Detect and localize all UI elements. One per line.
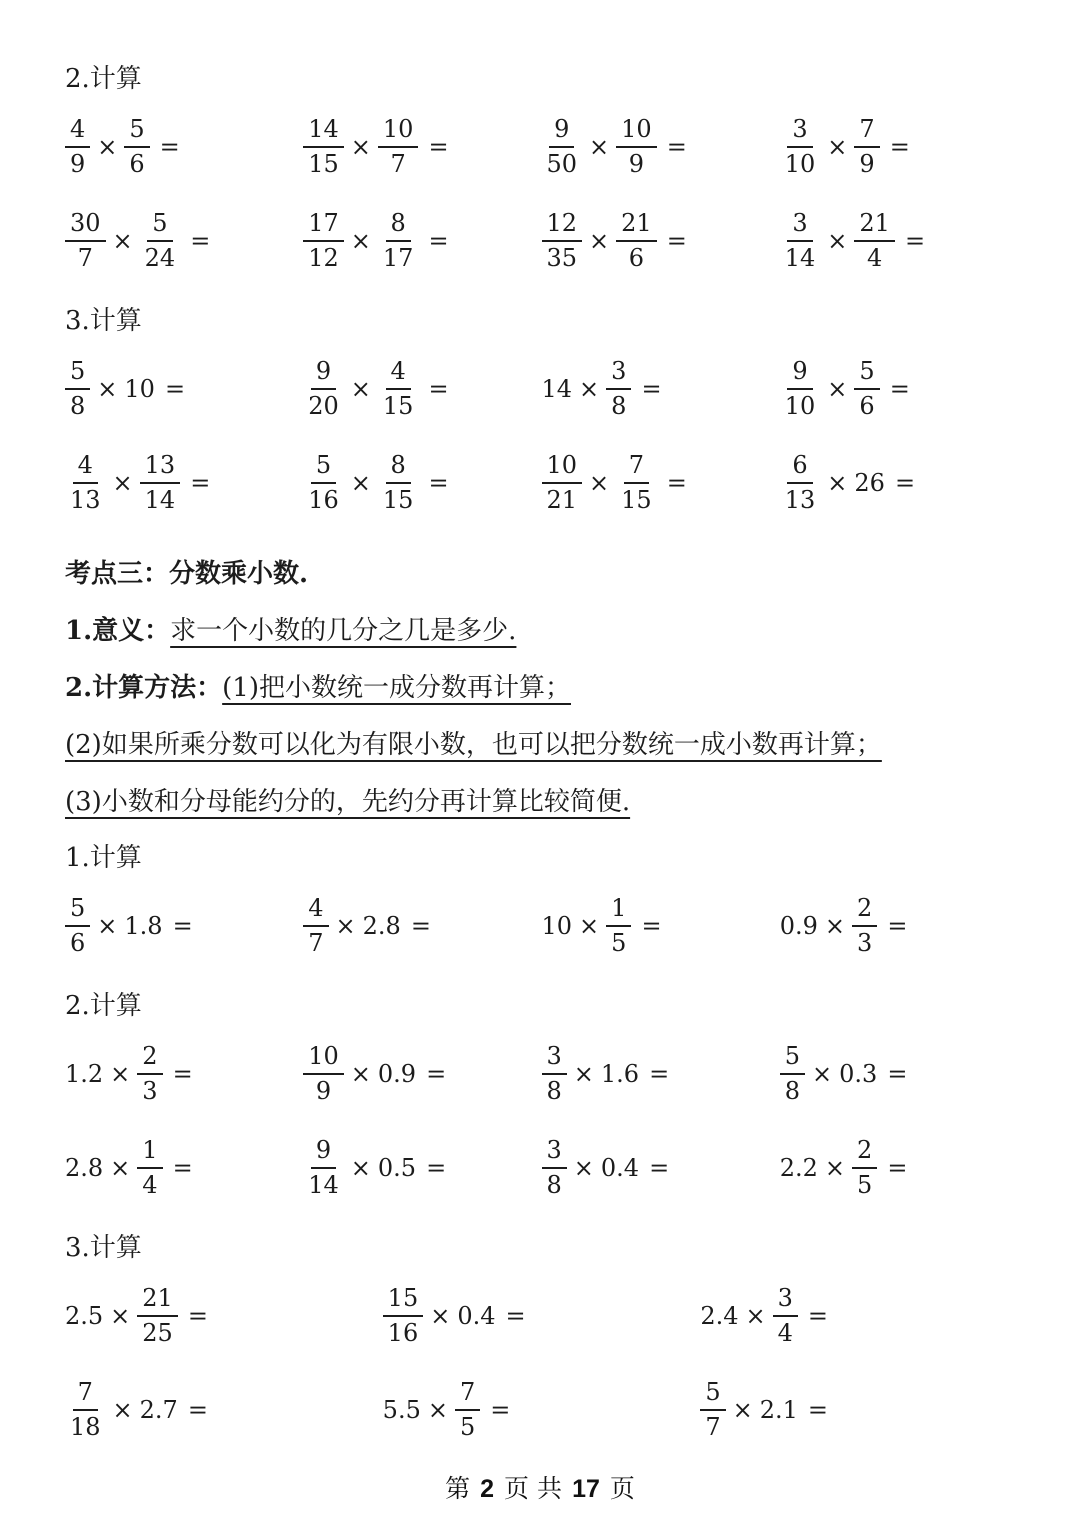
- equals-sign: =: [428, 375, 449, 403]
- problem-cell: 0.9×23=: [780, 895, 1018, 957]
- footer-page-number: 2: [480, 1475, 494, 1503]
- fraction: 1415: [303, 116, 344, 178]
- number-term: 2.4: [700, 1302, 738, 1330]
- problem-cell: 38×0.4=: [542, 1137, 780, 1199]
- fraction: 1314: [140, 452, 181, 514]
- multiply-sign: ×: [113, 469, 133, 497]
- problem-cell: 950×109=: [542, 116, 780, 178]
- fraction: 109: [303, 1043, 344, 1105]
- numerator: 6: [787, 452, 812, 484]
- denominator: 5: [852, 1169, 877, 1199]
- problem-cell: 47×2.8=: [303, 895, 541, 957]
- number-term: 0.5: [378, 1154, 416, 1182]
- equals-sign: =: [506, 1302, 527, 1330]
- fraction: 38: [542, 1137, 567, 1199]
- equals-sign: =: [641, 375, 662, 403]
- number-term: 0.3: [839, 1060, 877, 1088]
- numerator: 3: [542, 1043, 567, 1075]
- number-term: 0.4: [457, 1302, 495, 1330]
- numerator: 8: [386, 210, 411, 242]
- denominator: 35: [542, 242, 583, 272]
- equals-sign: =: [490, 1396, 511, 1424]
- problem-cell: 38×1.6=: [542, 1043, 780, 1105]
- section-heading: 1.计算: [65, 841, 1018, 875]
- multiply-sign: ×: [827, 133, 847, 161]
- numerator: 21: [854, 210, 895, 242]
- fraction: 23: [137, 1043, 162, 1105]
- equals-sign: =: [426, 1154, 447, 1182]
- equals-sign: =: [887, 1154, 908, 1182]
- multiply-sign: ×: [746, 1302, 766, 1330]
- denominator: 20: [303, 390, 344, 420]
- number-term: 2.7: [140, 1396, 178, 1424]
- problem-cell: 910×56=: [780, 358, 1018, 420]
- equals-sign: =: [190, 469, 211, 497]
- numerator: 10: [542, 452, 583, 484]
- multiply-sign: ×: [351, 1060, 371, 1088]
- math-problem: 314×214=: [780, 210, 926, 272]
- note-line: 1.意义：求一个小数的几分之几是多少.: [65, 613, 1018, 649]
- multiply-sign: ×: [589, 133, 609, 161]
- denominator: 17: [378, 242, 419, 272]
- numerator: 7: [624, 452, 649, 484]
- math-problem: 58×10=: [65, 358, 186, 420]
- number-term: 2.1: [760, 1396, 798, 1424]
- denominator: 15: [378, 390, 419, 420]
- section-heading: 2.计算: [65, 62, 1018, 96]
- fraction: 107: [378, 116, 419, 178]
- numerator: 3: [787, 116, 812, 148]
- denominator: 9: [854, 148, 879, 178]
- denominator: 9: [65, 148, 90, 178]
- math-problem: 613×26=: [780, 452, 916, 514]
- denominator: 9: [624, 148, 649, 178]
- fraction: 715: [616, 452, 657, 514]
- fraction: 23: [852, 895, 877, 957]
- fraction: 58: [65, 358, 90, 420]
- math-problem: 1235×216=: [542, 210, 688, 272]
- multiply-sign: ×: [825, 1154, 845, 1182]
- numerator: 21: [616, 210, 657, 242]
- problem-row: 56×1.8=47×2.8=10×15=0.9×23=: [65, 879, 1018, 973]
- problem-row: 1.2×23=109×0.9=38×1.6=58×0.3=: [65, 1027, 1018, 1121]
- problem-row: 49×56=1415×107=950×109=310×79=: [65, 100, 1018, 194]
- section-heading: 3.计算: [65, 304, 1018, 338]
- number-term: 10: [124, 375, 155, 403]
- numerator: 2: [137, 1043, 162, 1075]
- math-problem: 910×56=: [780, 358, 911, 420]
- numerator: 7: [854, 116, 879, 148]
- denominator: 8: [542, 1075, 567, 1105]
- worksheet-content: 2.计算49×56=1415×107=950×109=310×79=307×52…: [0, 0, 1080, 1457]
- number-term: 1.6: [601, 1060, 639, 1088]
- denominator: 7: [303, 927, 328, 957]
- denominator: 4: [862, 242, 887, 272]
- numerator: 5: [311, 452, 336, 484]
- section-heading: 3.计算: [65, 1231, 1018, 1265]
- denominator: 8: [780, 1075, 805, 1105]
- numerator: 2: [852, 1137, 877, 1169]
- multiply-sign: ×: [351, 227, 371, 255]
- fraction: 910: [780, 358, 821, 420]
- fraction: 79: [854, 116, 879, 178]
- multiply-sign: ×: [827, 469, 847, 497]
- denominator: 7: [700, 1411, 725, 1441]
- math-problem: 14×38=: [542, 358, 663, 420]
- problem-cell: 413×1314=: [65, 452, 303, 514]
- problem-cell: 2.2×25=: [780, 1137, 1018, 1199]
- equals-sign: =: [165, 375, 186, 403]
- numerator: 5: [854, 358, 879, 390]
- math-problem: 57×2.1=: [700, 1379, 829, 1441]
- denominator: 8: [542, 1169, 567, 1199]
- numerator: 5: [147, 210, 172, 242]
- numerator: 10: [378, 116, 419, 148]
- equals-sign: =: [649, 1060, 670, 1088]
- fraction: 1021: [542, 452, 583, 514]
- equals-sign: =: [428, 227, 449, 255]
- multiply-sign: ×: [97, 912, 117, 940]
- fraction: 307: [65, 210, 106, 272]
- math-problem: 1.2×23=: [65, 1043, 194, 1105]
- equals-sign: =: [426, 1060, 447, 1088]
- numerator: 3: [606, 358, 631, 390]
- equals-sign: =: [411, 912, 432, 940]
- equals-sign: =: [428, 469, 449, 497]
- denominator: 14: [780, 242, 821, 272]
- numerator: 1: [606, 895, 631, 927]
- denominator: 8: [65, 390, 90, 420]
- denominator: 18: [65, 1411, 106, 1441]
- multiply-sign: ×: [113, 1396, 133, 1424]
- numerator: 17: [303, 210, 344, 242]
- fraction: 718: [65, 1379, 106, 1441]
- fraction: 1712: [303, 210, 344, 272]
- math-problem: 920×415=: [303, 358, 449, 420]
- fraction: 34: [773, 1285, 798, 1347]
- equals-sign: =: [887, 912, 908, 940]
- denominator: 15: [378, 484, 419, 514]
- number-term: 10: [542, 912, 573, 940]
- denominator: 7: [73, 242, 98, 272]
- denominator: 7: [386, 148, 411, 178]
- note-label: 2.计算方法：: [65, 673, 222, 703]
- problem-cell: 1516×0.4=: [383, 1285, 701, 1347]
- number-term: 2.2: [780, 1154, 818, 1182]
- numerator: 2: [852, 895, 877, 927]
- equals-sign: =: [895, 469, 916, 497]
- footer-infix-page: 页: [504, 1474, 529, 1503]
- numerator: 4: [73, 452, 98, 484]
- fraction: 25: [852, 1137, 877, 1199]
- problem-row: 307×524=1712×817=1235×216=314×214=: [65, 194, 1018, 288]
- multiply-sign: ×: [336, 912, 356, 940]
- note-underlined-text: (2)如果所乘分数可以化为有限小数，也可以把分数统一成小数再计算；: [65, 730, 882, 760]
- denominator: 10: [780, 390, 821, 420]
- multiply-sign: ×: [113, 227, 133, 255]
- number-term: 2.8: [65, 1154, 103, 1182]
- denominator: 10: [780, 148, 821, 178]
- fraction: 56: [124, 116, 149, 178]
- problem-cell: 58×10=: [65, 358, 303, 420]
- note-line: 2.计算方法：(1)把小数统一成分数再计算；: [65, 670, 1018, 706]
- fraction: 1235: [542, 210, 583, 272]
- multiply-sign: ×: [351, 133, 371, 161]
- multiply-sign: ×: [579, 375, 599, 403]
- worksheet-page: 2.计算49×56=1415×107=950×109=310×79=307×52…: [0, 0, 1080, 1527]
- equals-sign: =: [667, 469, 688, 497]
- math-problem: 47×2.8=: [303, 895, 432, 957]
- denominator: 14: [303, 1169, 344, 1199]
- equals-sign: =: [641, 912, 662, 940]
- math-problem: 2.8×14=: [65, 1137, 194, 1199]
- numerator: 15: [383, 1285, 424, 1317]
- math-problem: 516×815=: [303, 452, 449, 514]
- multiply-sign: ×: [110, 1060, 130, 1088]
- numerator: 1: [137, 1137, 162, 1169]
- numerator: 5: [65, 358, 90, 390]
- multiply-sign: ×: [579, 912, 599, 940]
- fraction: 49: [65, 116, 90, 178]
- equals-sign: =: [887, 1060, 908, 1088]
- number-term: 2.8: [363, 912, 401, 940]
- numerator: 3: [787, 210, 812, 242]
- fraction: 57: [700, 1379, 725, 1441]
- note-underlined-text: (3)小数和分母能约分的，先约分再计算比较简便.: [65, 787, 630, 817]
- math-problem: 10×15=: [542, 895, 663, 957]
- denominator: 6: [124, 148, 149, 178]
- multiply-sign: ×: [430, 1302, 450, 1330]
- problem-cell: 1021×715=: [542, 452, 780, 514]
- denominator: 6: [624, 242, 649, 272]
- denominator: 21: [542, 484, 583, 514]
- numerator: 5: [780, 1043, 805, 1075]
- numerator: 14: [303, 116, 344, 148]
- problem-cell: 5.5×75=: [383, 1379, 701, 1441]
- equals-sign: =: [190, 227, 211, 255]
- multiply-sign: ×: [351, 375, 371, 403]
- equals-sign: =: [160, 133, 181, 161]
- problem-cell: 314×214=: [780, 210, 1018, 272]
- problem-row: 413×1314=516×815=1021×715=613×26=: [65, 436, 1018, 530]
- multiply-sign: ×: [574, 1060, 594, 1088]
- fraction: 413: [65, 452, 106, 514]
- math-problem: 310×79=: [780, 116, 911, 178]
- denominator: 9: [311, 1075, 336, 1105]
- multiply-sign: ×: [351, 1154, 371, 1182]
- denominator: 3: [852, 927, 877, 957]
- problem-cell: 1.2×23=: [65, 1043, 303, 1105]
- fraction: 516: [303, 452, 344, 514]
- section-heading: 2.计算: [65, 989, 1018, 1023]
- problem-cell: 516×815=: [303, 452, 541, 514]
- equals-sign: =: [808, 1396, 829, 1424]
- math-problem: 2.2×25=: [780, 1137, 909, 1199]
- numerator: 5: [65, 895, 90, 927]
- denominator: 16: [383, 1317, 424, 1347]
- number-term: 14: [542, 375, 573, 403]
- problem-cell: 2.4×34=: [700, 1285, 1018, 1347]
- fraction: 15: [606, 895, 631, 957]
- numerator: 3: [542, 1137, 567, 1169]
- footer-total-pages: 17: [572, 1475, 600, 1503]
- note-underlined-text: 求一个小数的几分之几是多少.: [170, 616, 516, 646]
- equals-sign: =: [188, 1396, 209, 1424]
- fraction: 310: [780, 116, 821, 178]
- numerator: 21: [137, 1285, 178, 1317]
- problem-row: 2.5×2125=1516×0.4=2.4×34=: [65, 1269, 1018, 1363]
- fraction: 524: [140, 210, 181, 272]
- problem-row: 718×2.7=5.5×75=57×2.1=: [65, 1363, 1018, 1457]
- fraction: 914: [303, 1137, 344, 1199]
- fraction: 815: [378, 452, 419, 514]
- problem-cell: 310×79=: [780, 116, 1018, 178]
- note-line: (3)小数和分母能约分的，先约分再计算比较简便.: [65, 784, 1018, 820]
- number-term: 1.2: [65, 1060, 103, 1088]
- fraction: 109: [616, 116, 657, 178]
- numerator: 4: [65, 116, 90, 148]
- multiply-sign: ×: [97, 375, 117, 403]
- numerator: 10: [303, 1043, 344, 1075]
- fraction: 613: [780, 452, 821, 514]
- numerator: 7: [73, 1379, 98, 1411]
- number-term: 0.9: [780, 912, 818, 940]
- numerator: 30: [65, 210, 106, 242]
- fraction: 216: [616, 210, 657, 272]
- equals-sign: =: [905, 227, 926, 255]
- numerator: 9: [311, 1137, 336, 1169]
- problem-cell: 109×0.9=: [303, 1043, 541, 1105]
- problem-row: 2.8×14=914×0.5=38×0.4=2.2×25=: [65, 1121, 1018, 1215]
- math-problem: 914×0.5=: [303, 1137, 447, 1199]
- math-problem: 5.5×75=: [383, 1379, 512, 1441]
- denominator: 13: [65, 484, 106, 514]
- multiply-sign: ×: [351, 469, 371, 497]
- denominator: 14: [140, 484, 181, 514]
- equals-sign: =: [188, 1302, 209, 1330]
- numerator: 9: [311, 358, 336, 390]
- numerator: 8: [386, 452, 411, 484]
- problem-cell: 1415×107=: [303, 116, 541, 178]
- math-problem: 1712×817=: [303, 210, 449, 272]
- fraction: 75: [455, 1379, 480, 1441]
- problem-cell: 1235×216=: [542, 210, 780, 272]
- fraction: 14: [137, 1137, 162, 1199]
- equals-sign: =: [173, 912, 194, 940]
- numerator: 10: [616, 116, 657, 148]
- problem-cell: 10×15=: [542, 895, 780, 957]
- problem-cell: 1712×817=: [303, 210, 541, 272]
- numerator: 3: [773, 1285, 798, 1317]
- multiply-sign: ×: [825, 912, 845, 940]
- number-term: 26: [854, 469, 885, 497]
- equals-sign: =: [173, 1154, 194, 1182]
- multiply-sign: ×: [97, 133, 117, 161]
- fraction: 1516: [383, 1285, 424, 1347]
- number-term: 0.9: [378, 1060, 416, 1088]
- fraction: 920: [303, 358, 344, 420]
- fraction: 47: [303, 895, 328, 957]
- multiply-sign: ×: [110, 1302, 130, 1330]
- fraction: 314: [780, 210, 821, 272]
- equals-sign: =: [173, 1060, 194, 1088]
- math-problem: 413×1314=: [65, 452, 211, 514]
- equals-sign: =: [667, 227, 688, 255]
- footer-infix-total: 共: [537, 1474, 562, 1503]
- denominator: 50: [542, 148, 583, 178]
- fraction: 38: [606, 358, 631, 420]
- equals-sign: =: [649, 1154, 670, 1182]
- numerator: 7: [455, 1379, 480, 1411]
- denominator: 8: [606, 390, 631, 420]
- fraction: 56: [65, 895, 90, 957]
- denominator: 6: [65, 927, 90, 957]
- denominator: 12: [303, 242, 344, 272]
- multiply-sign: ×: [589, 469, 609, 497]
- footer-suffix: 页: [610, 1474, 635, 1503]
- multiply-sign: ×: [733, 1396, 753, 1424]
- footer-prefix: 第: [445, 1474, 470, 1503]
- math-problem: 718×2.7=: [65, 1379, 209, 1441]
- fraction: 950: [542, 116, 583, 178]
- multiply-sign: ×: [110, 1154, 130, 1182]
- math-problem: 307×524=: [65, 210, 211, 272]
- math-problem: 56×1.8=: [65, 895, 194, 957]
- math-problem: 0.9×23=: [780, 895, 909, 957]
- numerator: 4: [386, 358, 411, 390]
- math-problem: 2.5×2125=: [65, 1285, 209, 1347]
- problem-cell: 307×524=: [65, 210, 303, 272]
- problem-cell: 2.5×2125=: [65, 1285, 383, 1347]
- denominator: 5: [455, 1411, 480, 1441]
- math-problem: 2.4×34=: [700, 1285, 829, 1347]
- equals-sign: =: [667, 133, 688, 161]
- problem-cell: 914×0.5=: [303, 1137, 541, 1199]
- math-problem: 38×0.4=: [542, 1137, 671, 1199]
- equals-sign: =: [428, 133, 449, 161]
- denominator: 3: [137, 1075, 162, 1105]
- denominator: 4: [137, 1169, 162, 1199]
- numerator: 13: [140, 452, 181, 484]
- math-problem: 38×1.6=: [542, 1043, 671, 1105]
- math-problem: 1516×0.4=: [383, 1285, 527, 1347]
- number-term: 5.5: [383, 1396, 421, 1424]
- note-line: (2)如果所乘分数可以化为有限小数，也可以把分数统一成小数再计算；: [65, 727, 1018, 763]
- numerator: 4: [303, 895, 328, 927]
- problem-cell: 58×0.3=: [780, 1043, 1018, 1105]
- fraction: 38: [542, 1043, 567, 1105]
- fraction: 214: [854, 210, 895, 272]
- denominator: 6: [854, 390, 879, 420]
- numerator: 9: [549, 116, 574, 148]
- denominator: 5: [606, 927, 631, 957]
- problem-cell: 613×26=: [780, 452, 1018, 514]
- numerator: 5: [124, 116, 149, 148]
- page-footer: 第2页共17页: [0, 1469, 1080, 1505]
- denominator: 13: [780, 484, 821, 514]
- fraction: 415: [378, 358, 419, 420]
- numerator: 5: [700, 1379, 725, 1411]
- denominator: 16: [303, 484, 344, 514]
- fraction: 58: [780, 1043, 805, 1105]
- problem-cell: 49×56=: [65, 116, 303, 178]
- problem-cell: 56×1.8=: [65, 895, 303, 957]
- number-term: 1.8: [124, 912, 162, 940]
- denominator: 25: [137, 1317, 178, 1347]
- math-problem: 1415×107=: [303, 116, 449, 178]
- numerator: 12: [542, 210, 583, 242]
- fraction: 56: [854, 358, 879, 420]
